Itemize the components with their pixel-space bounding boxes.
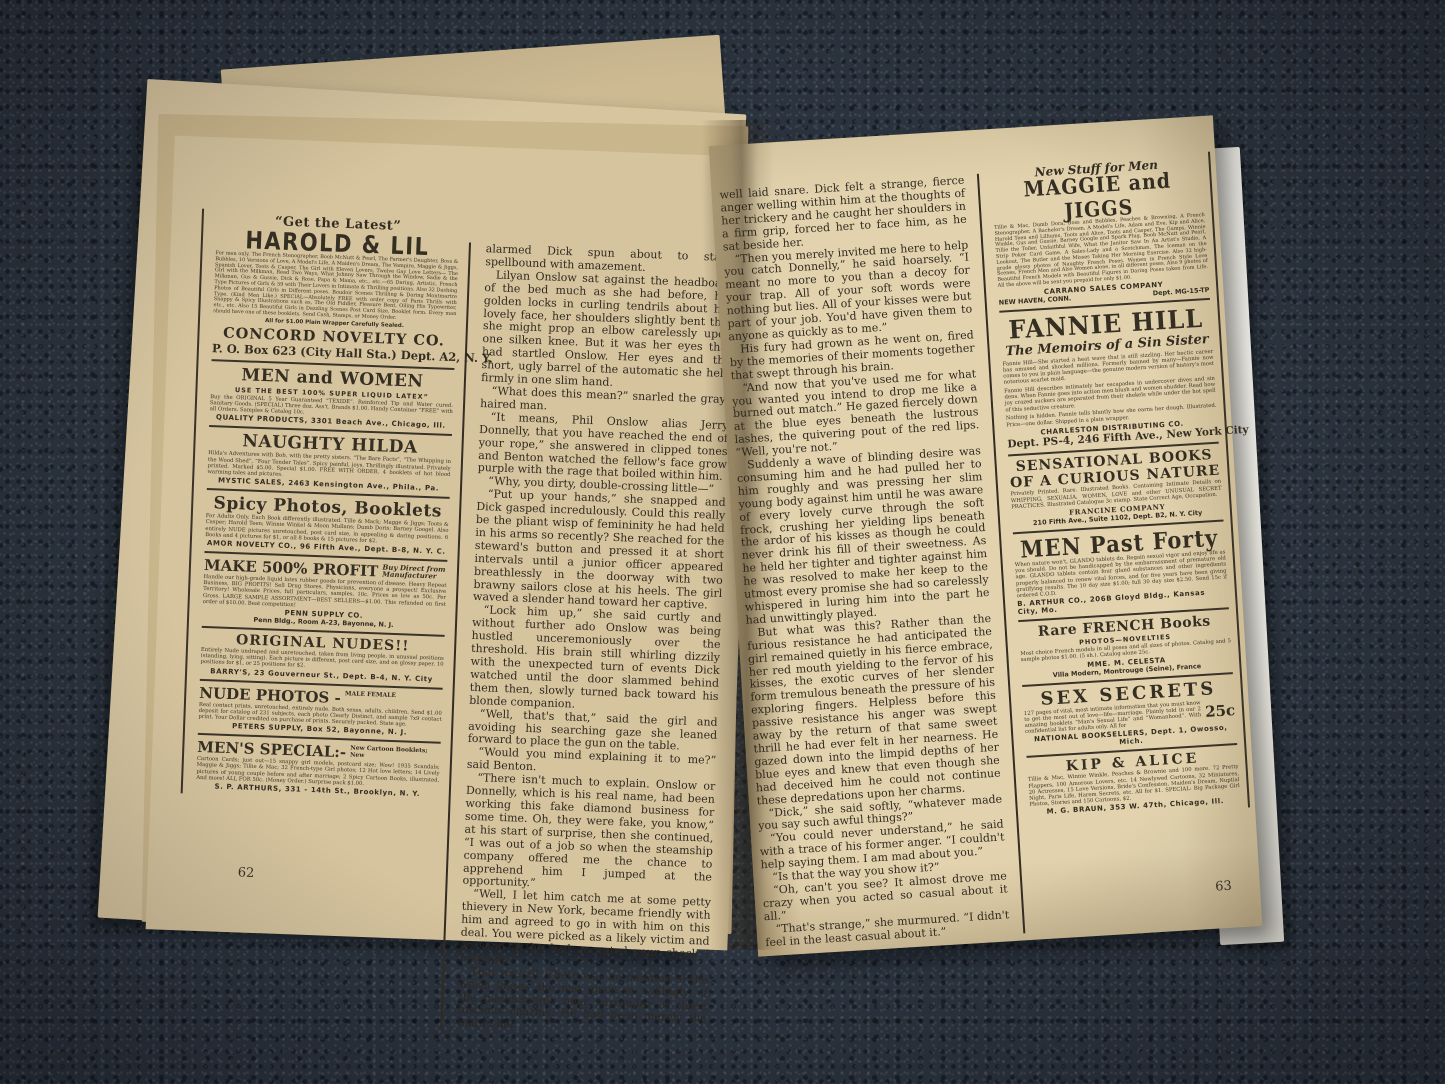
ad-maggie-and-jiggs: New Stuff for Men MAGGIE and JIGGS Tilli… [991,155,1210,306]
ad-body: Fannie Hill—She started a heat wave that… [1002,349,1217,429]
magazine-left-page: “Get the Latest” HAROLD & LIL For men on… [146,136,757,951]
story-paragraph: “There isn't much to explain. Onslow or … [462,772,715,897]
ad-make-500-profit: MAKE 500% PROFIT Buy Direct from Manufac… [202,556,447,631]
story-paragraph: That was all. There was no mention of th… [457,965,708,1039]
story-paragraph: “Lock him up,” she said curtly and witho… [469,604,722,716]
ad-price: 25c [1205,701,1236,721]
story-paragraph: “Put up your hands,” she snapped and Dic… [473,488,726,613]
ad-kip-and-alice: KIP & ALICE Tillie & Mac, Winnie Winkle,… [1027,748,1241,817]
ad-title-side: Buy Direct from Manufacturer [382,563,447,580]
story-paragraph: “Then you merely invited me here to help… [723,239,973,344]
right-ads-column: New Stuff for Men MAGGIE and JIGGS Tilli… [990,152,1250,822]
ad-rare-french-books: Rare FRENCH Books PHOTOS—NOVELTIES Most … [1019,612,1233,680]
ad-harold-and-lil: “Get the Latest” HAROLD & LIL For men on… [212,212,460,364]
ad-title-side: New Cartoon Booklets; New [350,744,441,762]
ad-naughty-hilda: NAUGHTY HILDA Hilda's Adventures with Bo… [207,430,452,493]
ad-mens-special: MEN'S SPECIAL:- New Cartoon Booklets; Ne… [196,738,441,799]
ad-men-and-women: MEN and WOMEN USE THE BEST 100% SUPER LI… [209,364,454,430]
photo-of-magazine-on-carpet: “Get the Latest” HAROLD & LIL For men on… [0,0,1445,1084]
left-story-column: alarmed Dick spun about to stand spellbo… [440,242,735,1038]
ad-sensational-books: SENSATIONAL BOOKS OF A CURIOUS NATURE Pr… [1008,447,1223,528]
magazine-right-page: well laid snare. Dick felt a strange, fi… [709,115,1263,956]
ad-fannie-hill: FANNIE HILL The Memoirs of a Sin Sister … [1000,303,1219,451]
story-paragraph: Suddenly a wave of blinding desire was c… [736,445,991,627]
ad-spicy-photos-booklets: Spicy Photos, Booklets For Adults Only. … [205,493,450,556]
ad-title-side: MALE FEMALE [345,689,396,699]
ad-original-nudes: ORIGINAL NUDES!! Entirely Nude undraped … [200,631,444,683]
ad-sex-secrets: SEX SECRETS 127 pages of vital, most int… [1022,677,1236,753]
story-paragraph: Lilyan Onslow sat against the headboard … [481,269,734,394]
left-ads-column: “Get the Latest” HAROLD & LIL For men on… [181,209,460,803]
story-paragraph: “It means, Phil Onslow alias Jerry Donne… [478,411,729,485]
ad-men-past-forty: MEN Past Forty When nature won't, GLANDO… [1013,524,1228,616]
ad-nude-photos: NUDE PHOTOS - MALE FEMALE Real contact p… [198,684,443,738]
page-number-62: 62 [237,865,254,881]
right-story-column: well laid snare. Dick felt a strange, fi… [719,174,1025,950]
ad-body: For men only. The French Stenographer, B… [213,251,458,324]
story-paragraph: “Well, I let him catch me at some petty … [460,888,712,975]
story-paragraph: But what was this? Rather than the furio… [746,613,1002,808]
page-number-63: 63 [1215,879,1232,895]
